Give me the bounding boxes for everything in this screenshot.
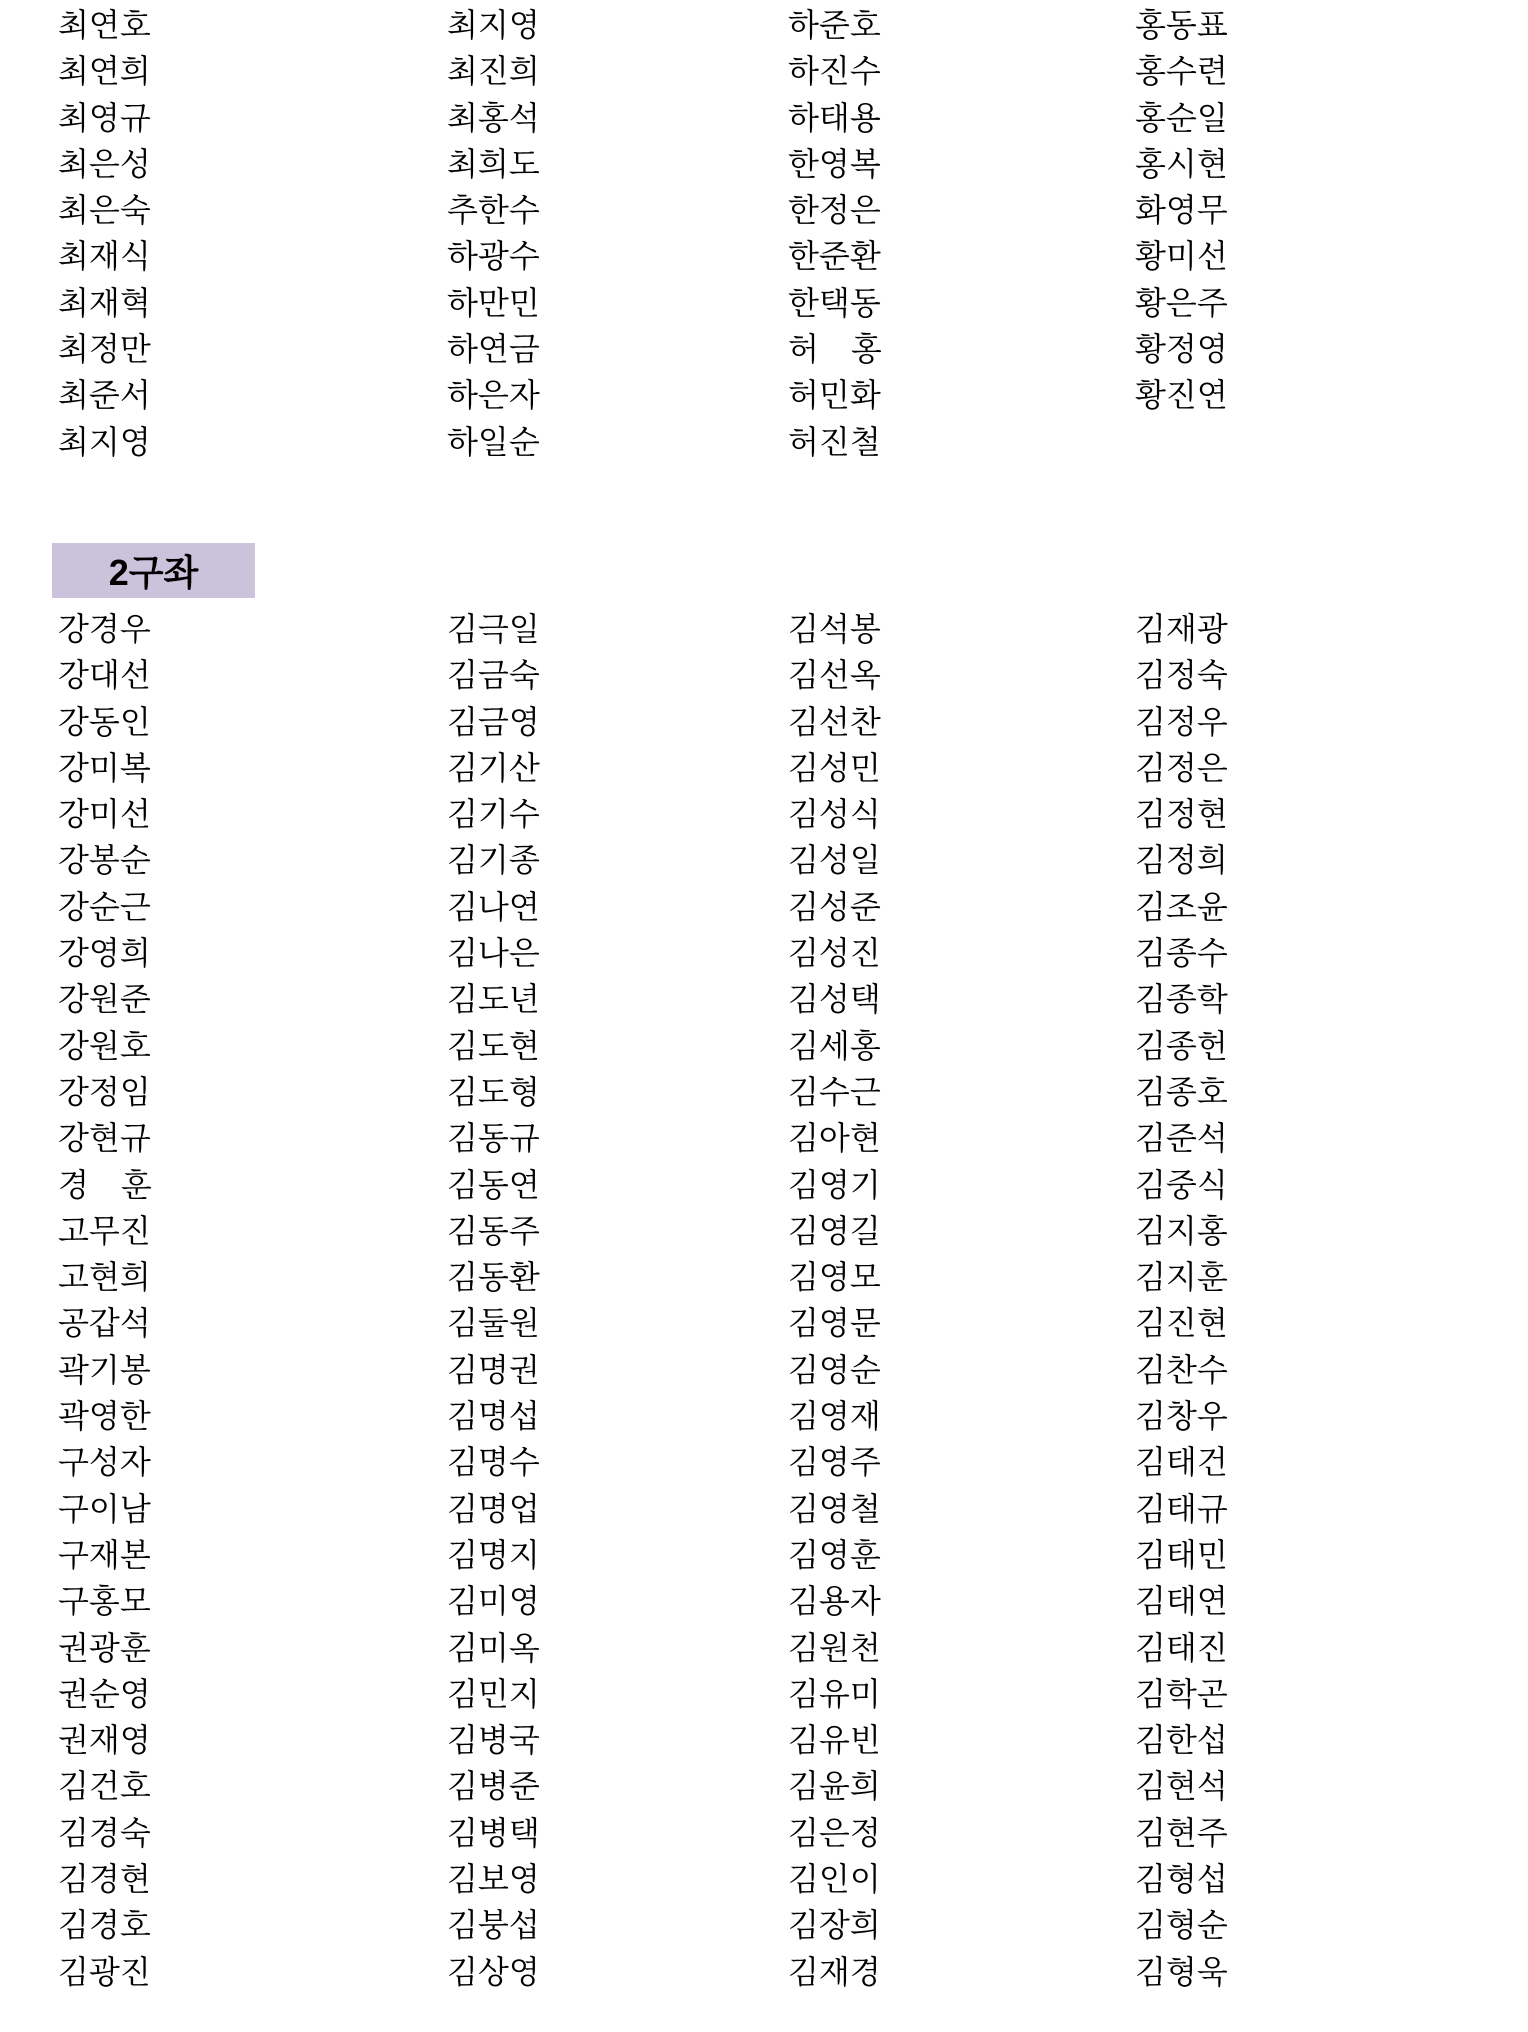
name-item: 김동연 [447,1162,817,1208]
name-item: 권광훈 [58,1625,428,1671]
name-item: 김영훈 [788,1532,1158,1578]
name-item: 김태규 [1135,1486,1505,1532]
section2-header: 2구좌 [52,543,255,598]
name-item: 김정은 [1135,745,1505,791]
name-item: 김경숙 [58,1810,428,1856]
name-item: 강원준 [58,976,428,1022]
name-item: 김정우 [1135,699,1505,745]
name-item: 김성식 [788,791,1158,837]
section2-column-2: 김극일김금숙김금영김기산김기수김기종김나연김나은김도년김도현김도형김동규김동연김… [447,606,817,1995]
name-item: 김재경 [788,1949,1158,1995]
name-item: 김조윤 [1135,884,1505,930]
name-item: 김성준 [788,884,1158,930]
name-item: 김태건 [1135,1439,1505,1485]
name-item: 김중식 [1135,1162,1505,1208]
name-item: 김재광 [1135,606,1505,652]
name-item: 김미영 [447,1578,817,1624]
name-item: 김영기 [788,1162,1158,1208]
name-item: 황은주 [1135,280,1505,326]
name-item: 김선찬 [788,699,1158,745]
name-item: 김성택 [788,976,1158,1022]
name-item: 김병국 [447,1717,817,1763]
name-item: 김태연 [1135,1578,1505,1624]
name-item: 김명수 [447,1439,817,1485]
name-item: 고현희 [58,1254,428,1300]
name-item: 김한섭 [1135,1717,1505,1763]
section2-column-3: 김석봉김선옥김선찬김성민김성식김성일김성준김성진김성택김세홍김수근김아현김영기김… [788,606,1158,1995]
name-item: 김종학 [1135,976,1505,1022]
name-item: 김지홍 [1135,1208,1505,1254]
member-name-list-page: 최연호최연희최영규최은성최은숙최재식최재혁최정만최준서최지영 최지영최진희최홍석… [0,0,1528,2032]
name-item: 김도년 [447,976,817,1022]
name-item: 김유빈 [788,1717,1158,1763]
name-item: 김유미 [788,1671,1158,1717]
name-item: 김동규 [447,1115,817,1161]
name-item: 강영희 [58,930,428,976]
name-item: 김찬수 [1135,1347,1505,1393]
name-item: 최연호 [58,2,428,48]
name-item: 김금숙 [447,652,817,698]
name-item: 최준서 [58,372,428,418]
name-item: 최연희 [58,48,428,94]
name-item: 김세홍 [788,1023,1158,1069]
name-item: 김준석 [1135,1115,1505,1161]
section2-column-4: 김재광김정숙김정우김정은김정현김정희김조윤김종수김종학김종헌김종호김준석김중식김… [1135,606,1505,1995]
name-item: 최희도 [447,141,817,187]
name-item: 최지영 [58,419,428,465]
name-item: 김원천 [788,1625,1158,1671]
name-item: 김인이 [788,1856,1158,1902]
name-item: 하광수 [447,233,817,279]
section1-column-2: 최지영최진희최홍석최희도추한수하광수하만민하연금하은자하일순 [447,2,817,465]
name-item: 강순근 [58,884,428,930]
name-item: 강동인 [58,699,428,745]
name-item: 김보영 [447,1856,817,1902]
section1-column-1: 최연호최연희최영규최은성최은숙최재식최재혁최정만최준서최지영 [58,2,428,465]
name-item: 김기종 [447,837,817,883]
name-item: 추한수 [447,187,817,233]
name-item: 김정현 [1135,791,1505,837]
name-item: 김경현 [58,1856,428,1902]
name-item: 강봉순 [58,837,428,883]
name-item: 강원호 [58,1023,428,1069]
name-item: 김성일 [788,837,1158,883]
name-item: 김현석 [1135,1763,1505,1809]
name-item: 김창우 [1135,1393,1505,1439]
name-item: 김태민 [1135,1532,1505,1578]
name-item: 김형순 [1135,1902,1505,1948]
name-item: 강미복 [58,745,428,791]
name-item: 구이남 [58,1486,428,1532]
name-item: 김종수 [1135,930,1505,976]
name-item: 김진현 [1135,1300,1505,1346]
name-item: 구홍모 [58,1578,428,1624]
name-item: 곽영한 [58,1393,428,1439]
section1-column-4: 홍동표홍수련홍순일홍시현화영무황미선황은주황정영황진연 [1135,2,1505,419]
name-item: 곽기봉 [58,1347,428,1393]
name-item: 강경우 [58,606,428,652]
name-item: 김도현 [447,1023,817,1069]
name-item: 황미선 [1135,233,1505,279]
name-item: 홍수련 [1135,48,1505,94]
name-item: 최은숙 [58,187,428,233]
name-item: 허 홍 [788,326,1158,372]
name-item: 최진희 [447,48,817,94]
name-item: 김나은 [447,930,817,976]
name-item: 김도형 [447,1069,817,1115]
name-item: 강대선 [58,652,428,698]
name-item: 김민지 [447,1671,817,1717]
name-item: 김명권 [447,1347,817,1393]
name-item: 공갑석 [58,1300,428,1346]
name-item: 홍순일 [1135,95,1505,141]
name-item: 김명섭 [447,1393,817,1439]
name-item: 김은정 [788,1810,1158,1856]
name-item: 김현주 [1135,1810,1505,1856]
name-item: 김동주 [447,1208,817,1254]
name-item: 김영재 [788,1393,1158,1439]
name-item: 김영순 [788,1347,1158,1393]
name-item: 김형섭 [1135,1856,1505,1902]
name-item: 강정임 [58,1069,428,1115]
name-item: 허진철 [788,419,1158,465]
name-item: 하일순 [447,419,817,465]
name-item: 최홍석 [447,95,817,141]
name-item: 김정희 [1135,837,1505,883]
name-item: 한택동 [788,280,1158,326]
name-item: 한준환 [788,233,1158,279]
name-item: 최재식 [58,233,428,279]
name-item: 강현규 [58,1115,428,1161]
name-item: 김지훈 [1135,1254,1505,1300]
name-item: 김동환 [447,1254,817,1300]
name-item: 김석봉 [788,606,1158,652]
name-item: 구재본 [58,1532,428,1578]
name-item: 권재영 [58,1717,428,1763]
name-item: 하진수 [788,48,1158,94]
name-item: 김태진 [1135,1625,1505,1671]
name-item: 김수근 [788,1069,1158,1115]
name-item: 최정만 [58,326,428,372]
name-item: 김성진 [788,930,1158,976]
name-item: 김학곤 [1135,1671,1505,1717]
section2-header-label: 2구좌 [109,545,199,596]
name-item: 강미선 [58,791,428,837]
name-item: 허민화 [788,372,1158,418]
name-item: 김명지 [447,1532,817,1578]
name-item: 하연금 [447,326,817,372]
name-item: 고무진 [58,1208,428,1254]
name-item: 김형욱 [1135,1949,1505,1995]
name-item: 황진연 [1135,372,1505,418]
name-item: 김영모 [788,1254,1158,1300]
name-item: 하만민 [447,280,817,326]
name-item: 김종헌 [1135,1023,1505,1069]
name-item: 김영주 [788,1439,1158,1485]
name-item: 홍시현 [1135,141,1505,187]
name-item: 김건호 [58,1763,428,1809]
name-item: 김병택 [447,1810,817,1856]
name-item: 최지영 [447,2,817,48]
name-item: 김선옥 [788,652,1158,698]
name-item: 김둘원 [447,1300,817,1346]
name-item: 김경호 [58,1902,428,1948]
name-item: 김성민 [788,745,1158,791]
name-item: 최은성 [58,141,428,187]
name-item: 김상영 [447,1949,817,1995]
name-item: 김윤희 [788,1763,1158,1809]
name-item: 김금영 [447,699,817,745]
name-item: 구성자 [58,1439,428,1485]
name-item: 김아현 [788,1115,1158,1161]
name-item: 김영문 [788,1300,1158,1346]
name-item: 김명업 [447,1486,817,1532]
name-item: 화영무 [1135,187,1505,233]
name-item: 김기수 [447,791,817,837]
name-item: 김기산 [447,745,817,791]
name-item: 김광진 [58,1949,428,1995]
name-item: 황정영 [1135,326,1505,372]
section1-column-3: 하준호하진수하태용한영복한정은한준환한택동허 홍허민화허진철 [788,2,1158,465]
name-item: 하준호 [788,2,1158,48]
name-item: 김장희 [788,1902,1158,1948]
name-item: 한정은 [788,187,1158,233]
name-item: 김용자 [788,1578,1158,1624]
name-item: 하태용 [788,95,1158,141]
name-item: 경 훈 [58,1162,428,1208]
name-item: 홍동표 [1135,2,1505,48]
name-item: 김나연 [447,884,817,930]
name-item: 김붕섭 [447,1902,817,1948]
name-item: 한영복 [788,141,1158,187]
section2-column-1: 강경우강대선강동인강미복강미선강봉순강순근강영희강원준강원호강정임강현규경 훈고… [58,606,428,1995]
name-item: 하은자 [447,372,817,418]
name-item: 김정숙 [1135,652,1505,698]
name-item: 최재혁 [58,280,428,326]
name-item: 김종호 [1135,1069,1505,1115]
name-item: 최영규 [58,95,428,141]
name-item: 김영길 [788,1208,1158,1254]
name-item: 김극일 [447,606,817,652]
name-item: 김미옥 [447,1625,817,1671]
name-item: 권순영 [58,1671,428,1717]
name-item: 김병준 [447,1763,817,1809]
name-item: 김영철 [788,1486,1158,1532]
